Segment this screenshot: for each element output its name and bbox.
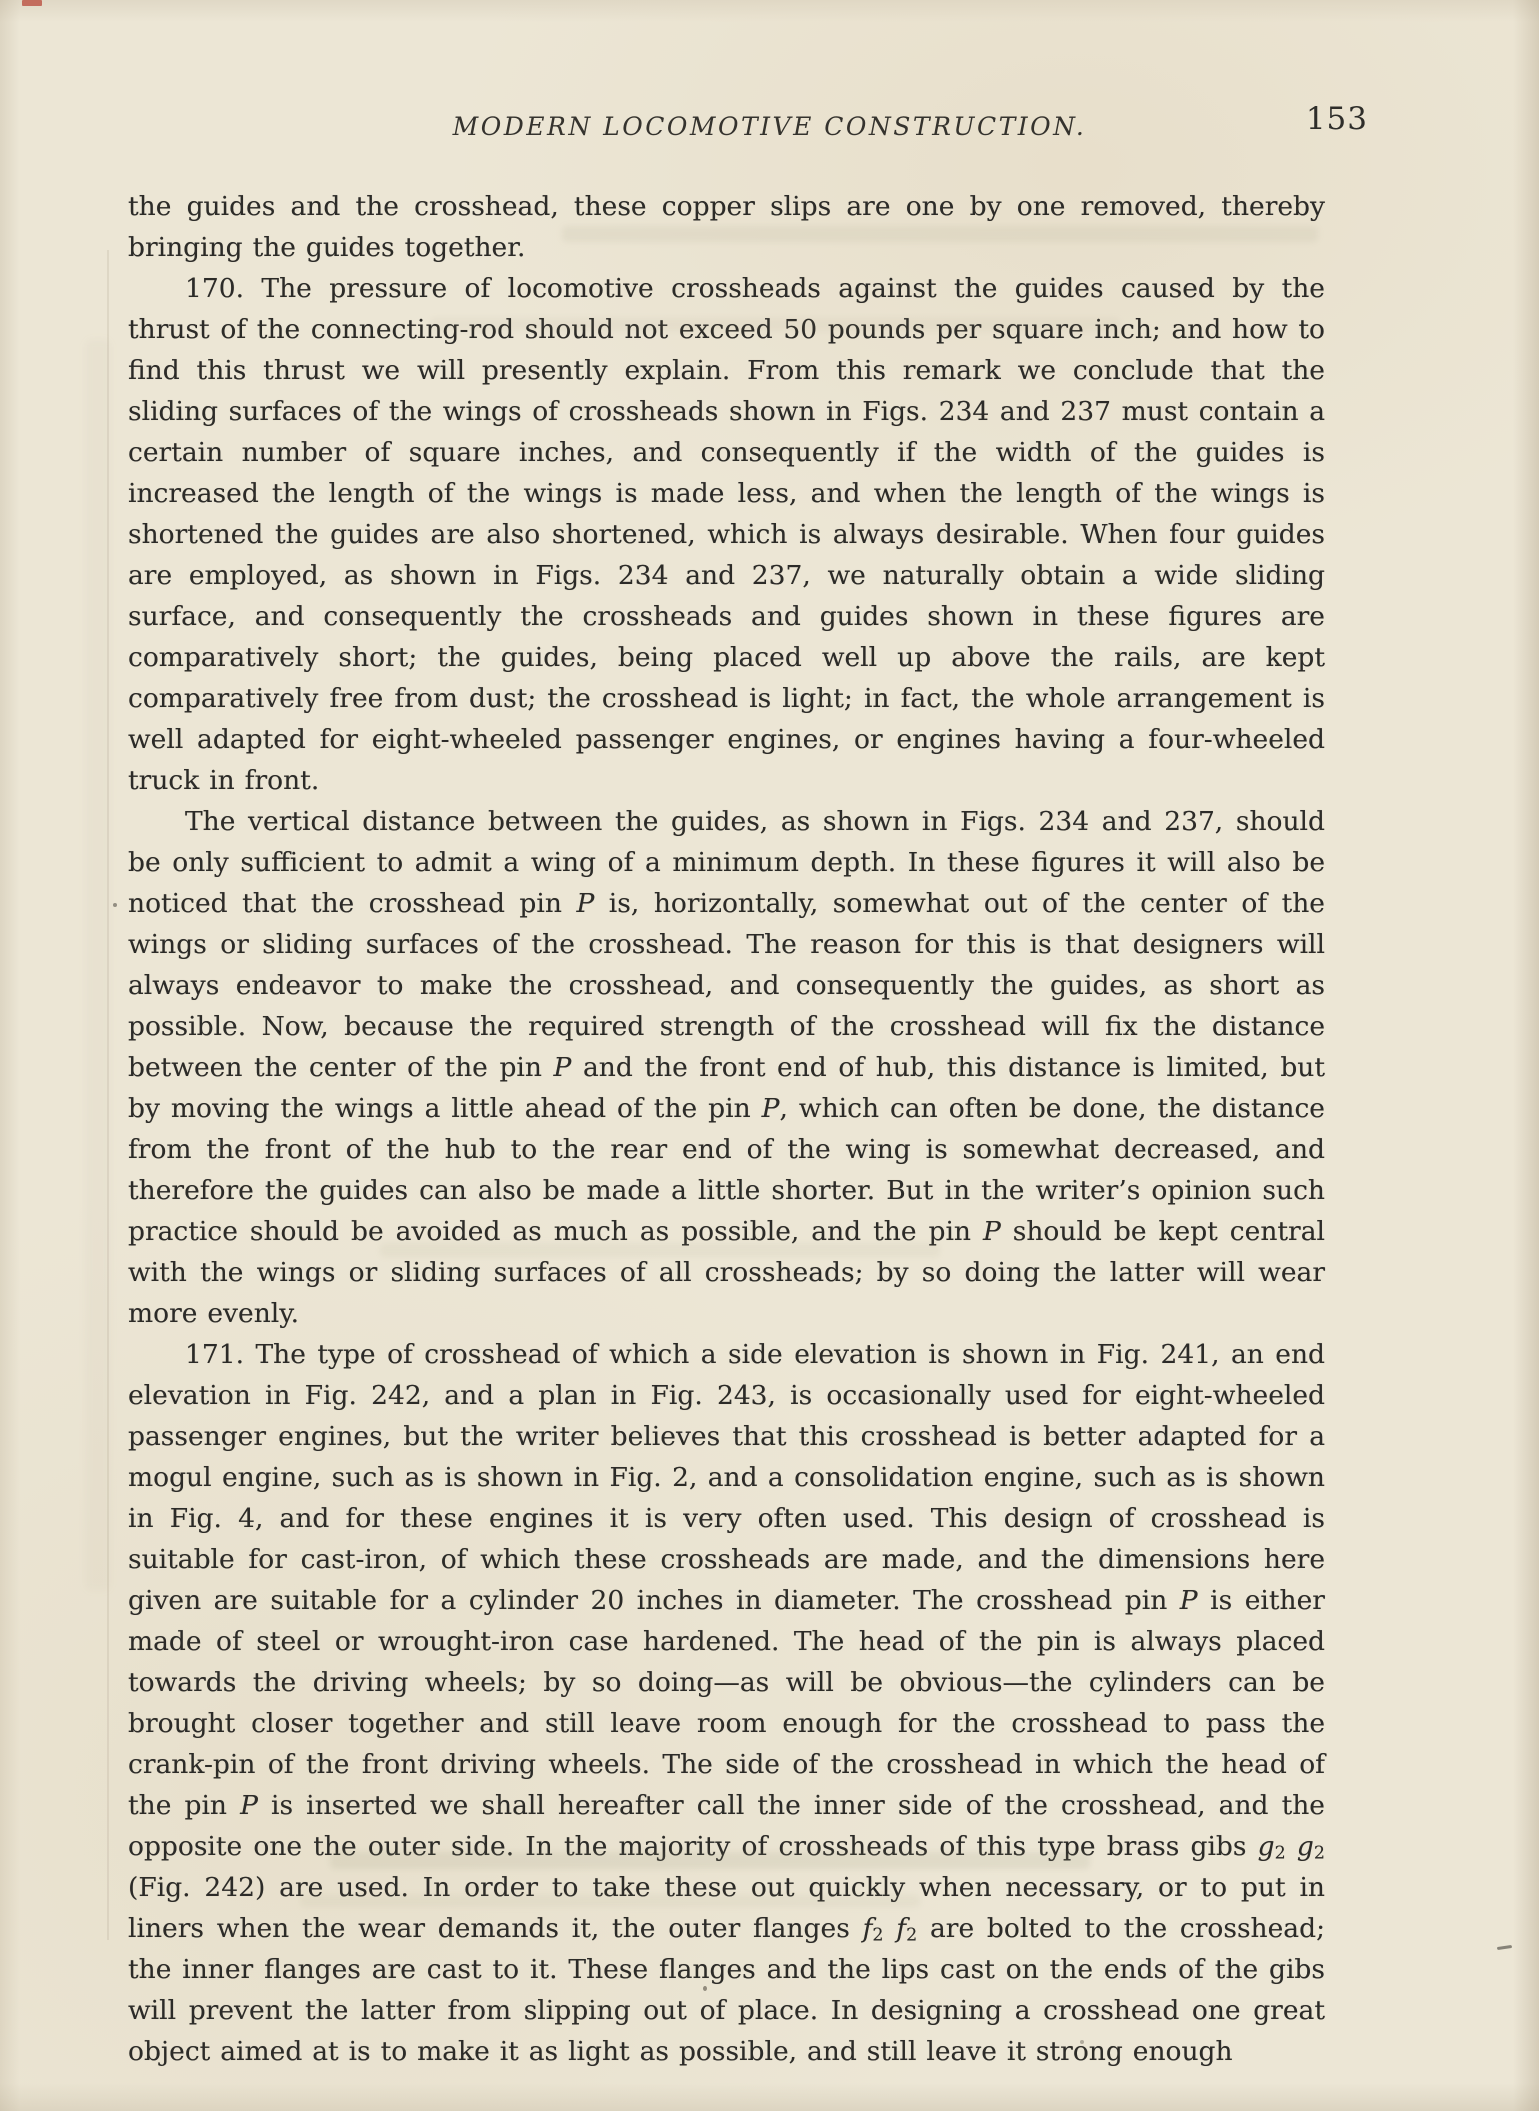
text-run: 171. The type of crosshead of which a si…	[128, 1339, 1325, 1616]
show-through-mark	[330, 1852, 1090, 1869]
text-run: g	[1258, 1831, 1275, 1862]
page-body: the guides and the crosshead, these copp…	[128, 186, 1325, 2072]
book-page: MODERN LOCOMOTIVE CONSTRUCTION. 153 the …	[0, 0, 1539, 2111]
text-run: 2	[1275, 1843, 1286, 1863]
text-run: P	[983, 1216, 1001, 1247]
show-through-mark	[380, 1243, 940, 1257]
text-run: P	[240, 1790, 258, 1821]
text-run: f	[863, 1913, 873, 1944]
text-run: 2	[1314, 1843, 1325, 1863]
ink-speck	[703, 1986, 707, 1991]
text-run: 170. The pressure of locomotive crosshea…	[128, 273, 1325, 796]
text-run: 2	[906, 1925, 917, 1945]
text-run: 2	[872, 1925, 883, 1945]
paragraph: 171. The type of crosshead of which a si…	[128, 1334, 1325, 2072]
text-run: g	[1297, 1831, 1314, 1862]
red-ink-mark	[22, 0, 42, 6]
show-through-mark	[562, 226, 1318, 242]
margin-pencil-dash	[1497, 1945, 1512, 1950]
text-run: P	[576, 888, 594, 919]
show-through-mark	[300, 1895, 920, 1907]
ink-speck	[1080, 2040, 1084, 2044]
text-run: P	[554, 1052, 572, 1083]
text-run	[1286, 1831, 1297, 1862]
page-number: 153	[1306, 101, 1368, 137]
running-title: MODERN LOCOMOTIVE CONSTRUCTION.	[453, 112, 1087, 141]
text-run: P	[1180, 1585, 1198, 1616]
paragraph: 170. The pressure of locomotive crosshea…	[128, 268, 1325, 801]
text-run: f	[896, 1913, 906, 1944]
ink-speck	[113, 903, 117, 907]
show-through-mark	[430, 318, 1120, 331]
text-run: P	[762, 1093, 780, 1124]
text-run	[884, 1913, 897, 1944]
paper-fold-line	[107, 250, 109, 1940]
text-run: is either made of steel or wrought-iron …	[128, 1585, 1325, 1821]
